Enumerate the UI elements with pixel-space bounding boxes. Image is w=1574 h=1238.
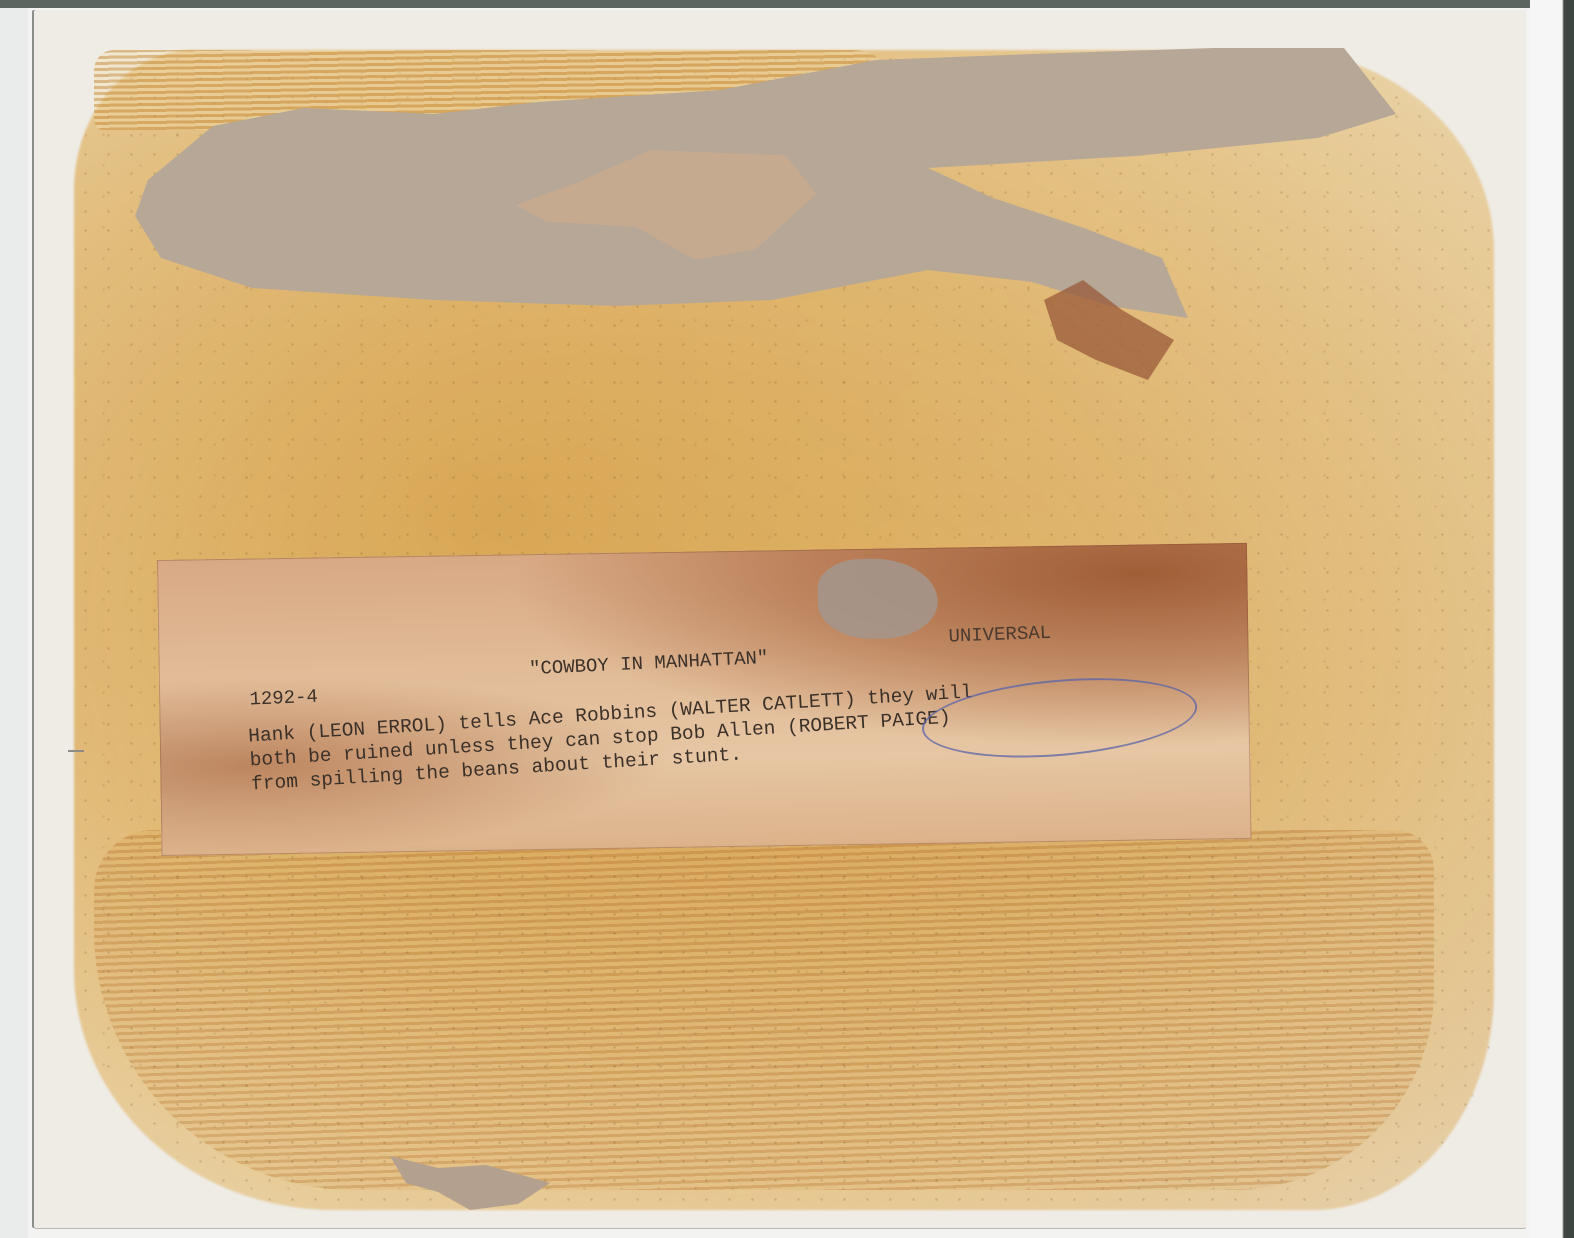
film-title: "COWBOY IN MANHATTAN" [529, 647, 769, 680]
snipe-caption-label: UNIVERSAL "COWBOY IN MANHATTAN" 1292-4 H… [157, 543, 1252, 856]
studio-name: UNIVERSAL [948, 622, 1051, 648]
caption-body: Hank (LEON ERROL) tells Ace Robbins (WAL… [248, 680, 977, 796]
scanner-top-edge [0, 0, 1574, 8]
glue-brush-streaks-bottom [94, 830, 1434, 1190]
card-edge-crease [68, 750, 84, 752]
scanner-right-edge [1530, 0, 1574, 1238]
still-number: 1292-4 [249, 686, 318, 711]
paper-residue-on-label [817, 558, 938, 640]
